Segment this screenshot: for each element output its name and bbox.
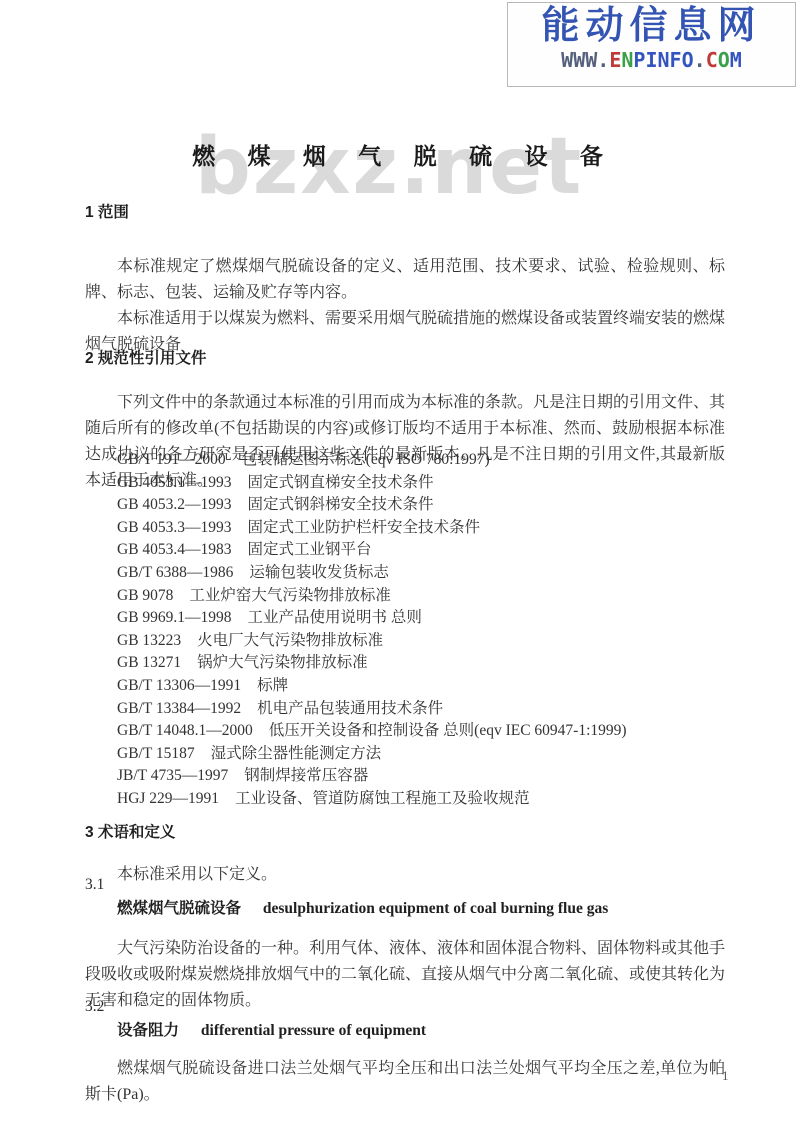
reference-code: HGJ 229—1991	[117, 790, 219, 807]
reference-item: GB/T 14048.1—2000低压开关设备和控制设备 总则(eqv IEC …	[117, 720, 627, 743]
reference-code: GB 13271	[117, 654, 181, 671]
reference-title: 低压开关设备和控制设备 总则(eqv IEC 60947-1:1999)	[269, 722, 627, 739]
reference-item: GB/T 6388—1986运输包装收发货标志	[117, 562, 627, 585]
section-3-intro: 本标准采用以下定义。	[85, 862, 725, 888]
reference-item: GB/T 191—2000包装储运图示标志(eqv ISO 780:1997)	[117, 449, 627, 472]
term-definition: 大气污染防治设备的一种。利用气体、液体、液体和固体混合物料、固体物料或其他手段吸…	[85, 936, 725, 1014]
reference-title: 机电产品包装通用技术条件	[257, 700, 443, 717]
reference-code: GB 13223	[117, 632, 181, 649]
website-logo-name: 能动信息网	[508, 3, 795, 49]
reference-title: 固定式钢斜梯安全技术条件	[248, 496, 434, 513]
url-segment-n: n	[621, 48, 633, 72]
reference-item: GB 9969.1—1998工业产品使用说明书 总则	[117, 607, 627, 630]
reference-title: 固定式工业防护栏杆安全技术条件	[248, 519, 481, 536]
reference-code: GB 4053.2—1993	[117, 496, 232, 513]
term-number: 3.1	[85, 876, 104, 894]
term-name-zh: 设备阻力	[117, 1022, 179, 1039]
url-segment-www: www.	[561, 48, 609, 72]
reference-code: GB 4053.1—1993	[117, 474, 232, 491]
reference-code: GB 4053.3—1993	[117, 519, 232, 536]
page-title: 燃 煤 烟 气 脱 硫 设 备	[85, 138, 723, 171]
reference-item: GB 4053.4—1983固定式工业钢平台	[117, 539, 627, 562]
reference-code: GB 9078	[117, 587, 173, 604]
reference-title: 火电厂大气污染物排放标准	[197, 632, 383, 649]
reference-item: GB 9078工业炉窑大气污染物排放标准	[117, 585, 627, 608]
url-segment-pinfo: pinfo	[633, 48, 693, 72]
reference-code: GB 9969.1—1998	[117, 609, 232, 626]
reference-title: 运输包装收发货标志	[249, 564, 389, 581]
term-name-en: differential pressure of equipment	[201, 1022, 426, 1039]
reference-item: HGJ 229—1991工业设备、管道防腐蚀工程施工及验收规范	[117, 788, 627, 811]
reference-item: GB 4053.2—1993固定式钢斜梯安全技术条件	[117, 494, 627, 517]
term-entry: 设备阻力 differential pressure of equipment	[117, 1018, 426, 1040]
term-definition: 燃煤烟气脱硫设备进口法兰处烟气平均全压和出口法兰处烟气平均全压之差,单位为帕斯卡…	[85, 1056, 725, 1108]
reference-code: GB/T 13384—1992	[117, 700, 241, 717]
reference-title: 工业产品使用说明书 总则	[248, 609, 422, 626]
reference-item: GB 13271锅炉大气污染物排放标准	[117, 652, 627, 675]
reference-item: GB 13223火电厂大气污染物排放标准	[117, 630, 627, 653]
url-segment-o: o	[718, 48, 730, 72]
reference-item: JB/T 4735—1997钢制焊接常压容器	[117, 765, 627, 788]
document-page: 能动信息网 www.enpinfo.com bzxz.net 燃 煤 烟 气 脱…	[0, 0, 800, 1125]
url-segment-dot: .	[694, 48, 706, 72]
term-entry: 燃煤烟气脱硫设备 desulphurization equipment of c…	[117, 896, 608, 918]
section-1-heading: 1 范围	[85, 200, 129, 222]
reference-item: GB 4053.1—1993固定式钢直梯安全技术条件	[117, 472, 627, 495]
reference-title: 湿式除尘器性能测定方法	[211, 745, 382, 762]
term-name-zh: 燃煤烟气脱硫设备	[117, 900, 241, 917]
section-2-heading: 2 规范性引用文件	[85, 346, 206, 368]
reference-title: 固定式工业钢平台	[248, 541, 372, 558]
reference-code: GB/T 13306—1991	[117, 677, 241, 694]
term-number: 3.2	[85, 998, 104, 1016]
reference-code: GB/T 6388—1986	[117, 564, 233, 581]
reference-code: GB 4053.4—1983	[117, 541, 232, 558]
reference-item: GB 4053.3—1993固定式工业防护栏杆安全技术条件	[117, 517, 627, 540]
term-name-en: desulphurization equipment of coal burni…	[263, 900, 608, 917]
reference-item: GB/T 15187湿式除尘器性能测定方法	[117, 743, 627, 766]
reference-title: 包装储运图示标志(eqv ISO 780:1997)	[242, 451, 490, 468]
reference-item: GB/T 13384—1992机电产品包装通用技术条件	[117, 698, 627, 721]
page-number: 1	[722, 1068, 729, 1084]
reference-title: 工业炉窑大气污染物排放标准	[189, 587, 391, 604]
reference-item: GB/T 13306—1991标牌	[117, 675, 627, 698]
reference-title: 标牌	[257, 677, 288, 694]
reference-title: 固定式钢直梯安全技术条件	[248, 474, 434, 491]
section-3-heading: 3 术语和定义	[85, 820, 175, 842]
section-1-paragraph-1: 本标准规定了燃煤烟气脱硫设备的定义、适用范围、技术要求、试验、检验规则、标牌、标…	[85, 254, 725, 306]
url-segment-e: e	[609, 48, 621, 72]
reference-code: GB/T 15187	[117, 745, 195, 762]
url-segment-c: c	[706, 48, 718, 72]
reference-code: JB/T 4735—1997	[117, 767, 228, 784]
website-logo: 能动信息网 www.enpinfo.com	[507, 2, 796, 87]
website-logo-url: www.enpinfo.com	[508, 49, 795, 71]
reference-code: GB/T 191—2000	[117, 451, 226, 468]
reference-title: 钢制焊接常压容器	[244, 767, 368, 784]
reference-title: 锅炉大气污染物排放标准	[197, 654, 368, 671]
reference-code: GB/T 14048.1—2000	[117, 722, 253, 739]
normative-references-list: GB/T 191—2000包装储运图示标志(eqv ISO 780:1997) …	[117, 449, 627, 811]
reference-title: 工业设备、管道防腐蚀工程施工及验收规范	[235, 790, 530, 807]
url-segment-m: m	[730, 48, 742, 72]
